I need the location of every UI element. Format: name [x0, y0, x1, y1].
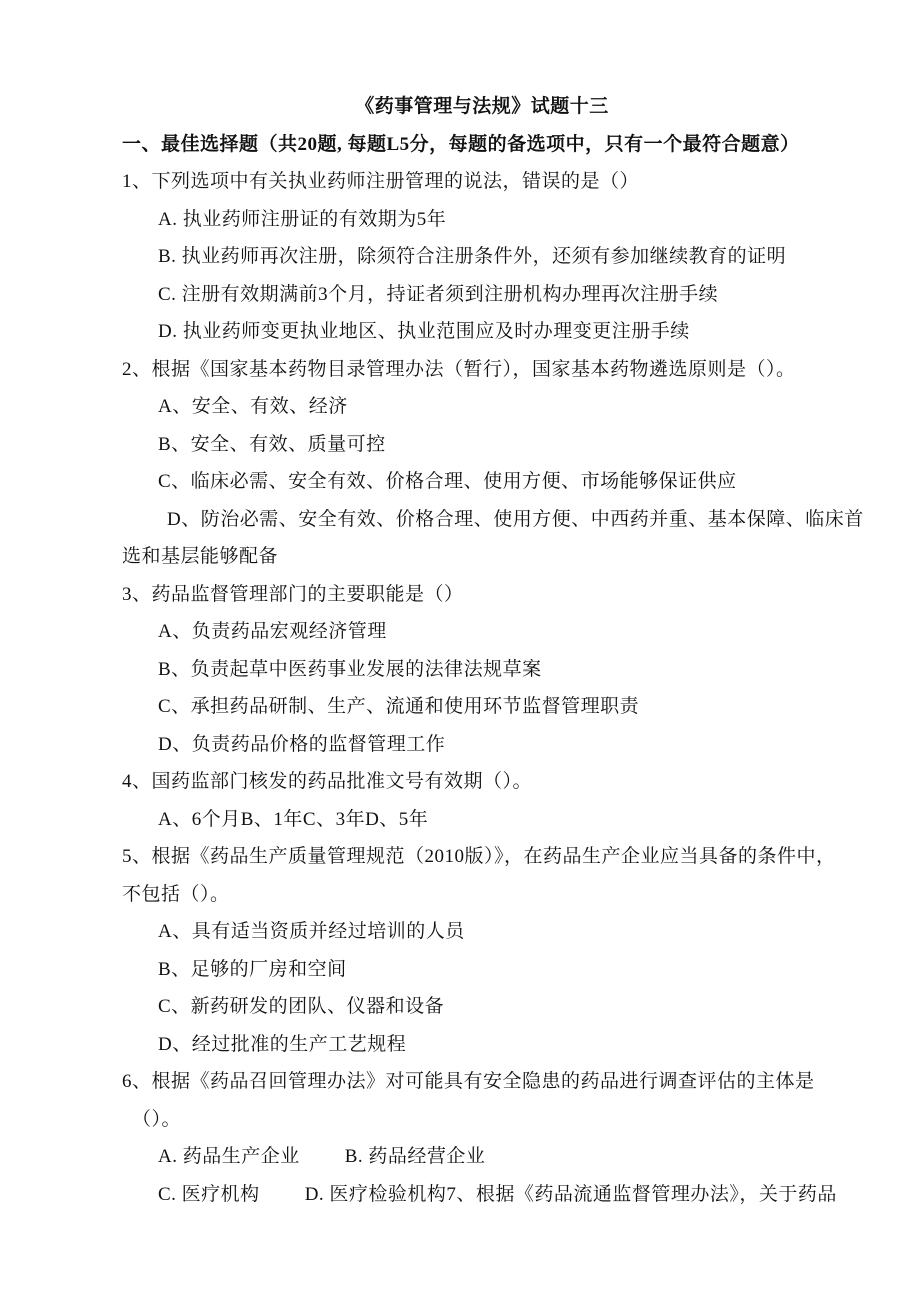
- question-6-options-row-cd: C. 医疗机构D. 医疗检验机构7、根据《药品流通监督管理办法》，关于药品: [122, 1176, 842, 1214]
- question-6-text-wrap: （）。: [122, 1101, 842, 1139]
- question-4-options-inline: A、6个月B、1年C、3年D、5年: [122, 801, 842, 839]
- doc-title: 《药事管理与法规》试题十三: [122, 88, 842, 126]
- question-5-option-d: D、经过批准的生产工艺规程: [122, 1026, 842, 1064]
- question-6-option-c: C. 医疗机构: [158, 1184, 260, 1205]
- question-6-options-row-ab: A. 药品生产企业B. 药品经营企业: [122, 1138, 842, 1176]
- question-6-option-d: D. 医疗检验机构7、根据《药品流通监督管理办法》，关于药品: [305, 1184, 837, 1205]
- question-2-option-a: A、安全、有效、经济: [122, 388, 842, 426]
- question-3-option-a: A、负责药品宏观经济管理: [122, 613, 842, 651]
- document-page: 《药事管理与法规》试题十三 一、最佳选择题（共20题, 每题L5分，每题的备选项…: [0, 0, 920, 1301]
- question-3-option-b: B、负责起草中医药事业发展的法律法规草案: [122, 651, 842, 689]
- question-6-text: 6、根据《药品召回管理办法》对可能具有安全隐患的药品进行调查评估的主体是: [122, 1063, 842, 1101]
- question-1-option-a: A. 执业药师注册证的有效期为5年: [122, 201, 842, 239]
- question-2-text: 2、根据《国家基本药物目录管理办法（暂行），国家基本药物遴选原则是（）。: [122, 351, 842, 389]
- question-5-option-b: B、足够的厂房和空间: [122, 951, 842, 989]
- question-1-option-d: D. 执业药师变更执业地区、执业范围应及时办理变更注册手续: [122, 313, 842, 351]
- section-heading: 一、最佳选择题（共20题, 每题L5分，每题的备选项中，只有一个最符合题意）: [122, 126, 842, 164]
- question-3-option-d: D、负责药品价格的监督管理工作: [122, 726, 842, 764]
- question-2-option-d-wrap: 选和基层能够配备: [122, 538, 842, 576]
- question-5-option-a: A、具有适当资质并经过培训的人员: [122, 913, 842, 951]
- question-3-option-c: C、承担药品研制、生产、流通和使用环节监督管理职责: [122, 688, 842, 726]
- question-5-text-wrap: 不包括（）。: [122, 876, 842, 914]
- question-5-text: 5、根据《药品生产质量管理规范（2010版）》，在药品生产企业应当具备的条件中，: [122, 838, 842, 876]
- question-3-text: 3、药品监督管理部门的主要职能是（）: [122, 576, 842, 614]
- question-6-option-a: A. 药品生产企业: [158, 1146, 300, 1167]
- question-5-option-c: C、新药研发的团队、仪器和设备: [122, 988, 842, 1026]
- question-2-option-b: B、安全、有效、质量可控: [122, 426, 842, 464]
- question-4-text: 4、国药监部门核发的药品批准文号有效期（）。: [122, 763, 842, 801]
- question-6-option-b: B. 药品经营企业: [345, 1146, 486, 1167]
- question-1-text: 1、下列选项中有关执业药师注册管理的说法，错误的是（）: [122, 163, 842, 201]
- question-1-option-c: C. 注册有效期满前3个月，持证者须到注册机构办理再次注册手续: [122, 276, 842, 314]
- question-2-option-d: D、防治必需、安全有效、价格合理、使用方便、中西药并重、基本保障、临床首: [122, 501, 842, 539]
- document-content: 《药事管理与法规》试题十三 一、最佳选择题（共20题, 每题L5分，每题的备选项…: [122, 88, 842, 1213]
- question-1-option-b: B. 执业药师再次注册，除须符合注册条件外，还须有参加继续教育的证明: [122, 238, 842, 276]
- question-2-option-c: C、临床必需、安全有效、价格合理、使用方便、市场能够保证供应: [122, 463, 842, 501]
